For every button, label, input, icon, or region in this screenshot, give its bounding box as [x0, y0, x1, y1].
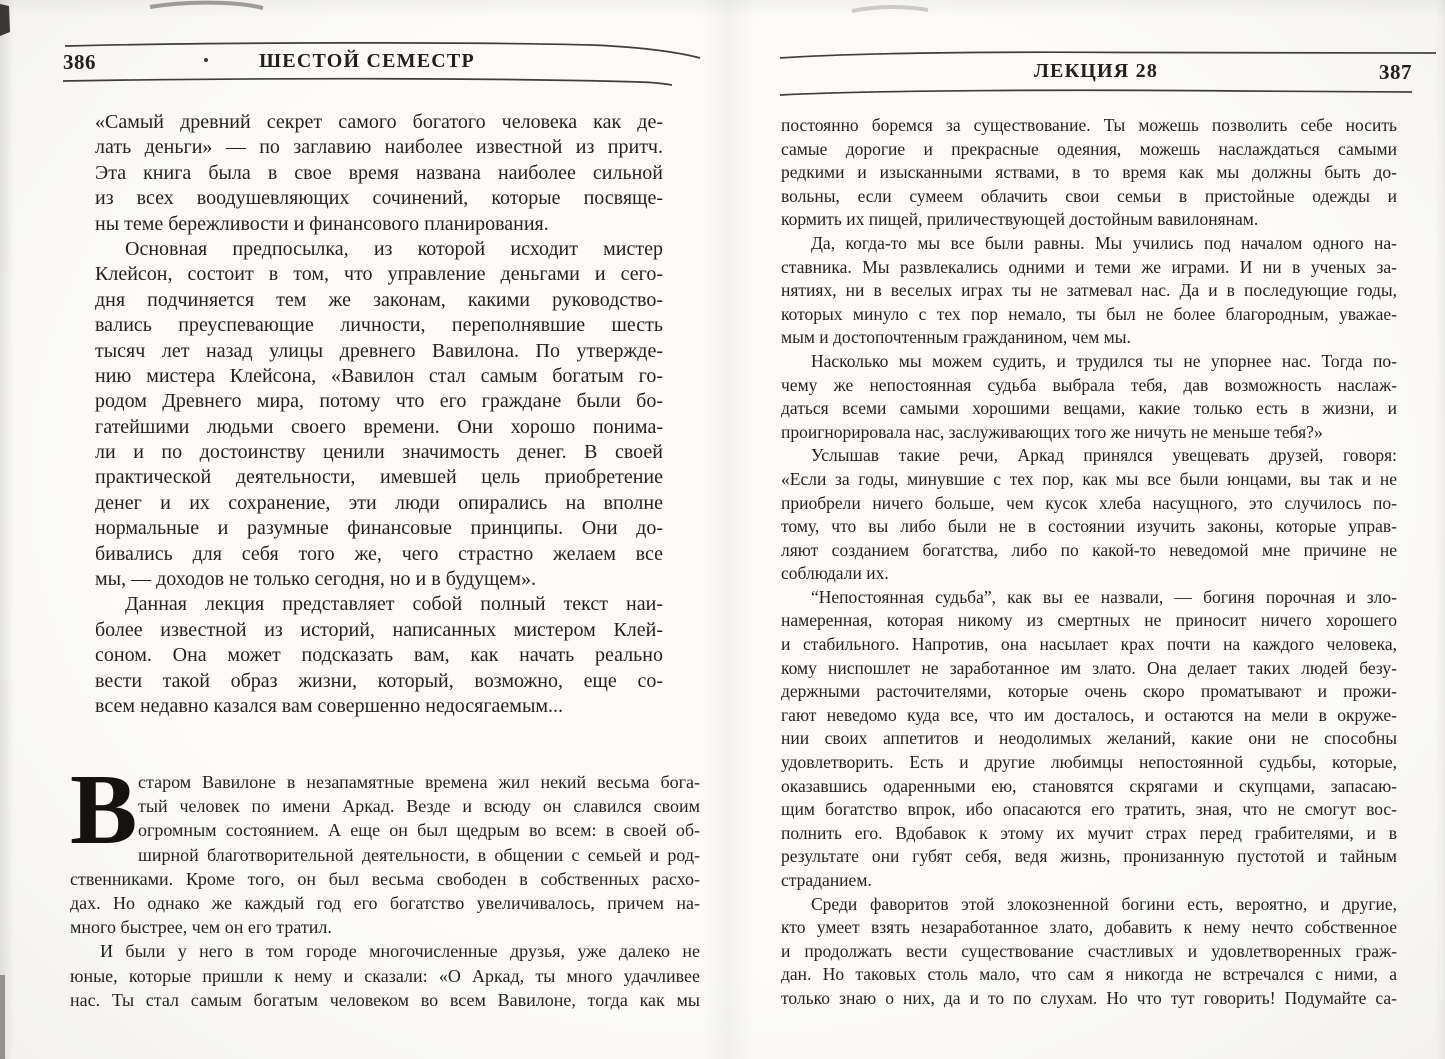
- text-line: Эта книга была в свое время названа наиб…: [95, 161, 663, 186]
- text-line: кому ниспошлет не заработанное им злато.…: [781, 657, 1397, 681]
- right-text-section: постоянно боремся за существование. Ты м…: [781, 114, 1397, 1011]
- text-line: вести такой образ жизни, который, возмож…: [95, 669, 663, 694]
- scan-artifact-left-edge: [0, 975, 5, 1059]
- text-line: ли и по достоинству ценили значимость де…: [95, 440, 663, 465]
- text-line: ны теме бережливости и финансового плани…: [95, 212, 663, 237]
- text-line: «Самый древний секрет самого богатого че…: [95, 110, 663, 135]
- text-line: бивались для себя того же, чего страстно…: [95, 542, 663, 567]
- text-line: много быстрее, чем он его тратил.: [70, 915, 700, 939]
- text-line: тый человек по имени Аркад. Везде и всюд…: [138, 794, 700, 818]
- text-line: ширной благотворительной деятельности, в…: [138, 843, 700, 867]
- text-line: щим богатство впрок, ибо опасаются его т…: [781, 798, 1397, 822]
- paragraph: Насколько мы можем судить, и трудился ты…: [781, 350, 1397, 444]
- text-line: мым и достопочтенным гражданином, чем мы…: [781, 326, 1397, 350]
- text-line: из всех воодушевляющих сочинений, которы…: [95, 186, 663, 211]
- text-line: дах. Но однако же каждый год его богатст…: [70, 891, 700, 915]
- text-line: более известной из историй, написанных м…: [95, 618, 663, 643]
- left-running-title: ШЕСТОЙ СЕМЕСТР: [63, 50, 671, 73]
- text-line: постоянно боремся за существование. Ты м…: [781, 114, 1397, 138]
- text-line: дан. Но таковых столь мало, что сам я ни…: [781, 963, 1397, 987]
- text-line: оказавшись одаренными ею, становятся скр…: [781, 775, 1397, 799]
- text-line: юные, которые пришли к нему и сказали: «…: [70, 964, 700, 988]
- text-line: Клейсон, состоит в том, что управление д…: [95, 262, 663, 287]
- text-line: страданием.: [781, 869, 1397, 893]
- text-line: Среди фаворитов этой злокозненной богини…: [781, 893, 1397, 917]
- text-line: самые дорогие и прекрасные одеяния, може…: [781, 138, 1397, 162]
- text-line: чему же непостоянная судьба выбрала тебя…: [781, 374, 1397, 398]
- text-line: удовлетворить. Есть и другие любимцы неп…: [781, 751, 1397, 775]
- text-line: и продолжать вести существование счастли…: [781, 940, 1397, 964]
- text-line: ственниками. Кроме того, он был весьма с…: [70, 867, 700, 891]
- text-line: всем недавно казался вам совершенно недо…: [95, 694, 663, 719]
- text-line: Данная лекция представляет собой полный …: [95, 592, 663, 617]
- text-line: нии своих аппетитов и неодолимых желаний…: [781, 727, 1397, 751]
- text-line: родом Древнего мира, потому что его граж…: [95, 389, 663, 414]
- left-story-section: Встаром Вавилоне в незапамятные времена …: [70, 770, 700, 1012]
- right-running-title: ЛЕКЦИЯ 28: [780, 60, 1412, 83]
- text-line: нию мистера Клейсона, «Вавилон стал самы…: [95, 364, 663, 389]
- left-header-rule-bottom: [63, 79, 672, 85]
- text-line: результате они губят себя, ведя жизнь, п…: [781, 845, 1397, 869]
- paragraph: И были у него в том городе многочисленны…: [70, 939, 700, 1012]
- paragraph: “Непостоянная судьба”, как вы ее назвали…: [781, 586, 1397, 893]
- text-line: даться всеми самыми хорошими вещами, как…: [781, 397, 1397, 421]
- text-line: денег и их сохранение, эти люди опиралис…: [95, 491, 663, 516]
- text-line: редкими и изысканными яствами, в то врем…: [781, 161, 1397, 185]
- text-line: гатейшими людьми своего времени. Они хор…: [95, 415, 663, 440]
- text-line: вались преуспевающие личности, переполня…: [95, 313, 663, 338]
- text-line: кормить их пищей, приличествующей достой…: [781, 208, 1397, 232]
- text-line: мы, — доходов не только сегодня, но и в …: [95, 567, 663, 592]
- text-line: нас. Ты стал самым богатым человеком во …: [70, 988, 700, 1012]
- book-spread: 386 ШЕСТОЙ СЕМЕСТР «Самый древний секрет…: [0, 0, 1445, 1059]
- text-line: ляют созданием богатства, либо по какой-…: [781, 539, 1397, 563]
- text-line: огромным состоянием. А еще он был щедрым…: [138, 818, 700, 842]
- right-header-rule-bottom: [780, 90, 1412, 95]
- text-line: и стабильного. Напротив, она насылает кр…: [781, 633, 1397, 657]
- text-line: соблюдали их.: [781, 562, 1397, 586]
- paragraph: «Самый древний секрет самого богатого че…: [95, 110, 663, 237]
- text-line: проигнорировала нас, заслуживающих того …: [781, 421, 1397, 445]
- text-line: практической деятельности, имевшей цель …: [95, 465, 663, 490]
- scan-artifact-speck: [204, 58, 208, 62]
- text-line: только знаю о них, да и то по слухам. Но…: [781, 987, 1397, 1011]
- page-gutter-shadow: [700, 0, 756, 1059]
- text-line: тысяч лет назад улицы древнего Вавилона.…: [95, 339, 663, 364]
- text-line: нятиях, ни в веселых играх ты не затмева…: [781, 279, 1397, 303]
- left-intro-section: «Самый древний секрет самого богатого че…: [95, 110, 663, 719]
- text-line: дня подчиняется тем же законам, какими р…: [95, 288, 663, 313]
- text-line: которых минуло с тех пор немало, ты был …: [781, 303, 1397, 327]
- text-line: старом Вавилоне в незапамятные времена ж…: [138, 770, 700, 794]
- scan-artifact-corner-mark: [0, 4, 10, 36]
- text-line: «Если за годы, минувшие с тех пор, как м…: [781, 468, 1397, 492]
- left-running-head: 386 ШЕСТОЙ СЕМЕСТР: [63, 50, 671, 76]
- text-line: Основная предпосылка, из которой исходит…: [95, 237, 663, 262]
- text-line: вольны, если сумеем облачить свои семьи …: [781, 185, 1397, 209]
- text-line: кто умеет взять незаработанное злато, до…: [781, 916, 1397, 940]
- paragraph: Среди фаворитов этой злокозненной богини…: [781, 893, 1397, 1011]
- text-line: Насколько мы можем судить, и трудился ты…: [781, 350, 1397, 374]
- paragraph: постоянно боремся за существование. Ты м…: [781, 114, 1397, 232]
- text-line: намеренная, которая никому из смертных н…: [781, 609, 1397, 633]
- right-running-head: ЛЕКЦИЯ 28 387: [780, 60, 1412, 86]
- text-line: держными расточителями, которые очень ск…: [781, 680, 1397, 704]
- text-line: гают неведомо куда все, что им досталось…: [781, 704, 1397, 728]
- text-line: тому, что вы либо были не в состоянии из…: [781, 515, 1397, 539]
- text-line: лать деньги» — по заглавию наиболее изве…: [95, 135, 663, 160]
- drop-cap-letter: В: [70, 773, 128, 845]
- scan-artifact-smudge: [852, 7, 928, 11]
- right-header-rule-top: [780, 52, 1436, 58]
- paragraph: Встаром Вавилоне в незапамятные времена …: [70, 770, 700, 939]
- paragraph: Услышав такие речи, Аркад принялся увеще…: [781, 444, 1397, 586]
- text-line: нормальные и разумные финансовые принцип…: [95, 516, 663, 541]
- text-line: соном. Она может подсказать вам, как нач…: [95, 643, 663, 668]
- text-line: ставника. Мы развлекались одними и теми …: [781, 256, 1397, 280]
- text-line: “Непостоянная судьба”, как вы ее назвали…: [781, 586, 1397, 610]
- text-line: полнить его. Вдобавок к этому их мучит с…: [781, 822, 1397, 846]
- text-line: Да, когда-то мы все были равны. Мы учили…: [781, 232, 1397, 256]
- text-line: приобрели ничего больше, чем кусок хлеба…: [781, 492, 1397, 516]
- paragraph: Данная лекция представляет собой полный …: [95, 592, 663, 719]
- paragraph: Основная предпосылка, из которой исходит…: [95, 237, 663, 592]
- scan-artifact-page-edge-curl: [150, 3, 263, 8]
- text-line: Услышав такие речи, Аркад принялся увеще…: [781, 444, 1397, 468]
- text-line: И были у него в том городе многочисленны…: [70, 939, 700, 963]
- paragraph: Да, когда-то мы все были равны. Мы учили…: [781, 232, 1397, 350]
